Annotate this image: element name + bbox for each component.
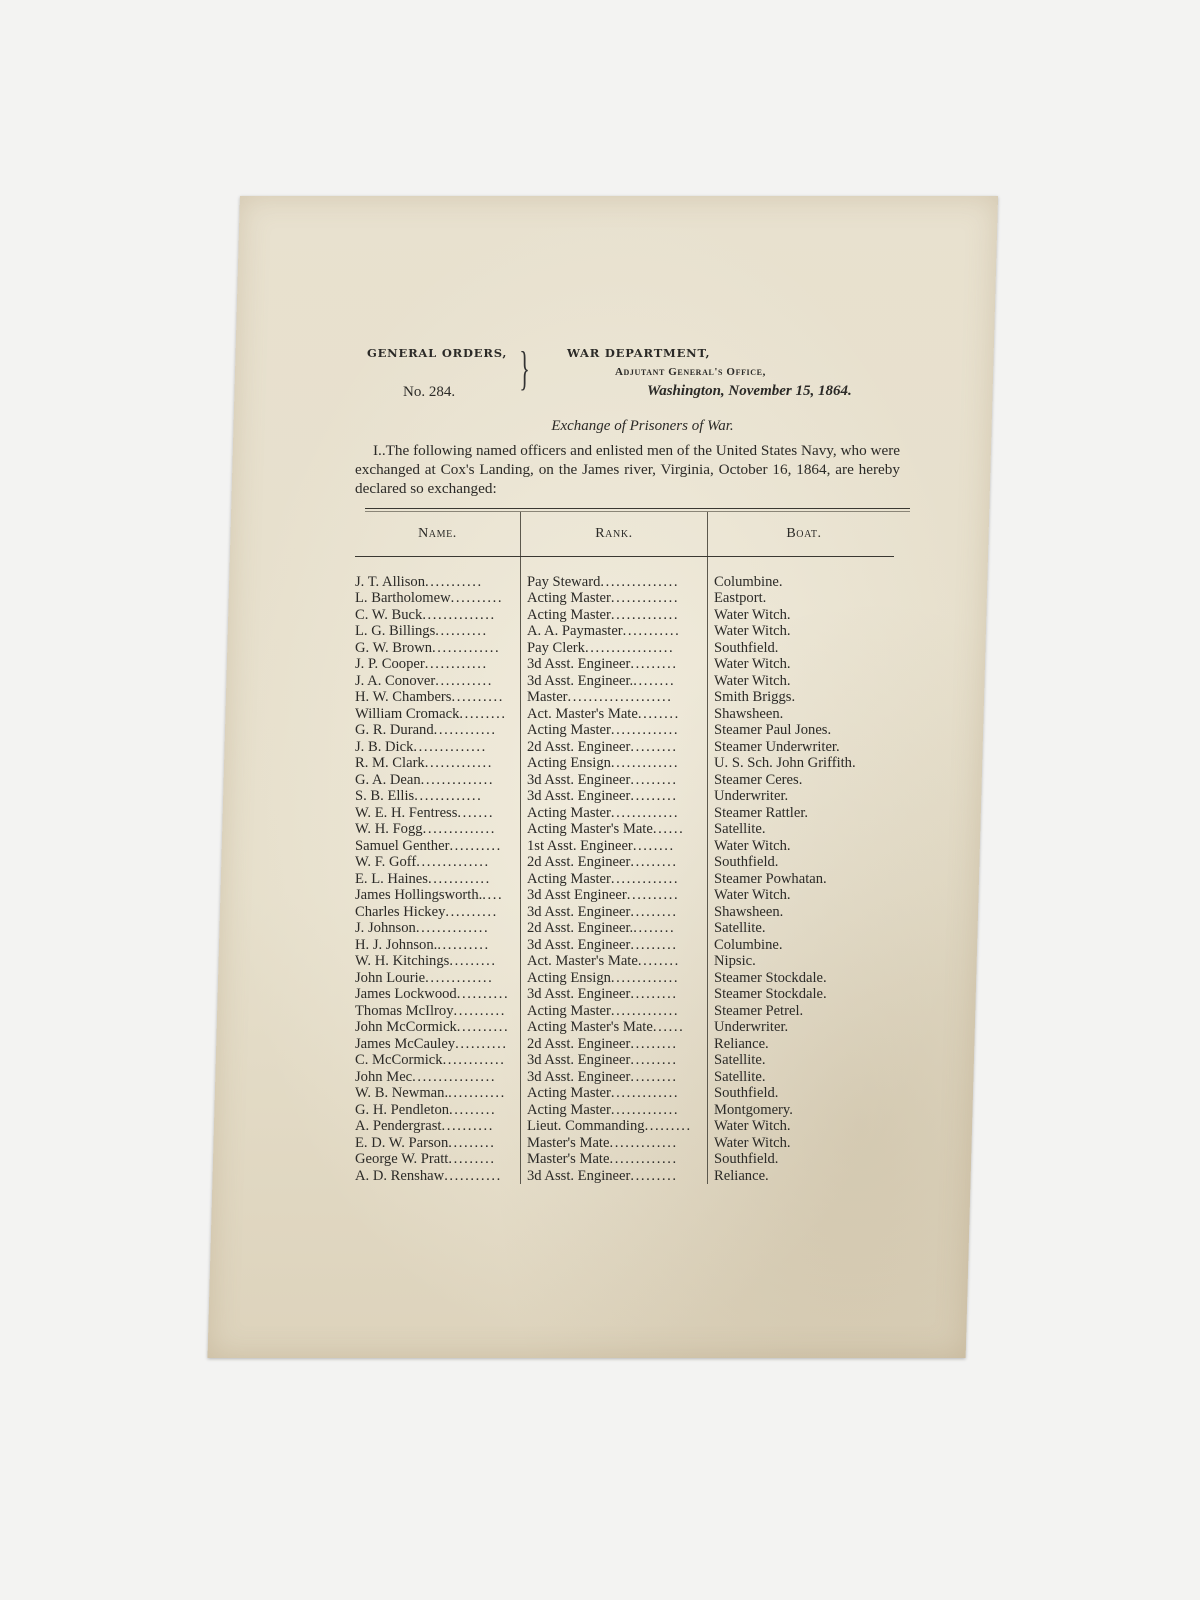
leader-dots: ......... <box>630 788 677 804</box>
rank-cell: 3d Asst Engineer <box>527 887 627 903</box>
table-row: J. B. Dick..............2d Asst. Enginee… <box>355 739 894 756</box>
table-row: Charles Hickey..........3d Asst. Enginee… <box>355 904 894 921</box>
table-row: James Hollingsworth.....3d Asst Engineer… <box>355 887 894 904</box>
table-row: E. D. W. Parson.........Master's Mate...… <box>355 1135 894 1152</box>
name-cell: J. T. Allison <box>355 574 425 590</box>
general-orders-label: GENERAL ORDERS, <box>367 346 507 360</box>
rank-cell: Acting Master <box>527 607 611 623</box>
boat-cell: Water Witch. <box>714 623 791 639</box>
boat-cell: Reliance. <box>714 1036 769 1052</box>
table-row: George W. Pratt.........Master's Mate...… <box>355 1151 894 1168</box>
leader-dots: ............. <box>611 871 679 887</box>
leader-dots: ........ <box>638 953 680 969</box>
rank-cell: Act. Master's Mate <box>527 706 638 722</box>
leader-dots: ............. <box>611 722 679 738</box>
table-row: G. A. Dean..............3d Asst. Enginee… <box>355 772 894 789</box>
boat-cell: Water Witch. <box>714 838 791 854</box>
rank-cell: 2d Asst. Engineer. <box>527 920 633 936</box>
rank-cell: Pay Clerk <box>527 640 585 656</box>
name-cell: E. L. Haines <box>355 871 428 887</box>
leader-dots: ............ <box>434 722 497 738</box>
boat-cell: Satellite. <box>714 1069 765 1085</box>
leader-dots: .......... <box>454 1003 506 1019</box>
boat-cell: Steamer Paul Jones. <box>714 722 831 738</box>
table-row: A. Pendergrast..........Lieut. Commandin… <box>355 1118 894 1135</box>
rank-cell: Acting Master <box>527 871 611 887</box>
name-cell: John Lourie <box>355 970 425 986</box>
rank-cell: Act. Master's Mate <box>527 953 638 969</box>
boat-cell: Eastport. <box>714 590 766 606</box>
leader-dots: ......... <box>630 1052 677 1068</box>
rank-cell: A. A. Paymaster <box>527 623 623 639</box>
table-row: H. W. Chambers..........Master..........… <box>355 689 894 706</box>
name-cell: George W. Pratt <box>355 1151 448 1167</box>
office-name: Adjutant General's Office, <box>615 366 766 378</box>
table-row: H. J. Johnson...........3d Asst. Enginee… <box>355 937 894 954</box>
intro-paragraph: I..The following named officers and enli… <box>355 441 900 498</box>
rank-cell: Acting Master's Mate <box>527 821 653 837</box>
rank-cell: Pay Steward <box>527 574 600 590</box>
name-cell: C. W. Buck <box>355 607 422 623</box>
boat-cell: Southfield. <box>714 1151 778 1167</box>
table-row: W. H. Kitchings.........Act. Master's Ma… <box>355 953 894 970</box>
table-row: James Lockwood..........3d Asst. Enginee… <box>355 986 894 1003</box>
table-row: W. H. Fogg..............Acting Master's … <box>355 821 894 838</box>
name-cell: E. D. W. Parson <box>355 1135 448 1151</box>
name-cell: H. W. Chambers <box>355 689 451 705</box>
boat-cell: Southfield. <box>714 854 778 870</box>
rank-cell: 2d Asst. Engineer <box>527 739 630 755</box>
name-cell: R. M. Clark <box>355 755 425 771</box>
table-row: Thomas McIlroy..........Acting Master...… <box>355 1003 894 1020</box>
boat-cell: U. S. Sch. John Griffith. <box>714 755 856 771</box>
column-header-name: Name. <box>355 512 521 557</box>
name-cell: A. D. Renshaw <box>355 1168 444 1184</box>
leader-dots: ......... <box>630 904 677 920</box>
rank-cell: Lieut. Commanding <box>527 1118 645 1134</box>
rank-cell: Acting Master <box>527 722 611 738</box>
rank-cell: 3d Asst. Engineer <box>527 772 630 788</box>
table-row: James McCauley..........2d Asst. Enginee… <box>355 1036 894 1053</box>
name-cell: J. P. Cooper <box>355 656 425 672</box>
rank-cell: 3d Asst. Engineer <box>527 788 630 804</box>
name-cell: John Mec <box>355 1069 412 1085</box>
table-row: S. B. Ellis.............3d Asst. Enginee… <box>355 788 894 805</box>
name-cell: Thomas McIlroy <box>355 1003 454 1019</box>
name-cell: Samuel Genther <box>355 838 449 854</box>
leader-dots: ............ <box>428 871 491 887</box>
rank-cell: 2d Asst. Engineer <box>527 854 630 870</box>
leader-dots: .... <box>482 887 503 903</box>
table-row: W. B. Newman............Acting Master...… <box>355 1085 894 1102</box>
boat-cell: Steamer Rattler. <box>714 805 808 821</box>
boat-cell: Nipsic. <box>714 953 756 969</box>
table-row: W. F. Goff..............2d Asst. Enginee… <box>355 854 894 871</box>
leader-dots: ............. <box>432 640 500 656</box>
name-cell: J. Johnson <box>355 920 416 936</box>
table-row: A. D. Renshaw...........3d Asst. Enginee… <box>355 1168 894 1185</box>
boat-cell: Water Witch. <box>714 1135 791 1151</box>
leader-dots: ............ <box>443 1052 506 1068</box>
table-row: John McCormick..........Acting Master's … <box>355 1019 894 1036</box>
boat-cell: Steamer Ceres. <box>714 772 802 788</box>
boat-cell: Smith Briggs. <box>714 689 795 705</box>
name-cell: W. B. Newman. <box>355 1085 448 1101</box>
leader-dots: ......... <box>630 1036 677 1052</box>
rank-cell: 3d Asst. Engineer. <box>527 673 633 689</box>
leader-dots: .......... <box>449 838 501 854</box>
boat-cell: Water Witch. <box>714 673 791 689</box>
name-cell: L. G. Billings <box>355 623 435 639</box>
leader-dots: ........ <box>633 673 675 689</box>
leader-dots: ............... <box>600 574 679 590</box>
name-cell: G. H. Pendleton <box>355 1102 449 1118</box>
leader-dots: .......... <box>441 1118 493 1134</box>
leader-dots: ............. <box>414 788 482 804</box>
boat-cell: Water Witch. <box>714 887 791 903</box>
leader-dots: ............ <box>425 656 488 672</box>
leader-dots: ......... <box>449 1102 496 1118</box>
rank-cell: 1st Asst. Engineer <box>527 838 633 854</box>
leader-dots: ......... <box>459 706 506 722</box>
boat-cell: Columbine. <box>714 574 783 590</box>
rank-cell: 3d Asst. Engineer <box>527 656 630 672</box>
leader-dots: .............. <box>423 821 496 837</box>
name-cell: James Lockwood <box>355 986 457 1002</box>
name-cell: James Hollingsworth. <box>355 887 482 903</box>
table-row: L. G. Billings..........A. A. Paymaster.… <box>355 623 894 640</box>
name-cell: W. E. H. Fentress <box>355 805 457 821</box>
leader-dots: .............. <box>413 739 486 755</box>
boat-cell: Satellite. <box>714 821 765 837</box>
name-cell: L. Bartholomew <box>355 590 451 606</box>
leader-dots: ............. <box>611 755 679 771</box>
rank-cell: Acting Master <box>527 1003 611 1019</box>
leader-dots: ................. <box>585 640 674 656</box>
leader-dots: ......... <box>645 1118 692 1134</box>
rank-cell: Master <box>527 689 568 705</box>
rank-cell: 3d Asst. Engineer <box>527 1069 630 1085</box>
leader-dots: ............. <box>611 590 679 606</box>
section-title: Exchange of Prisoners of War. <box>385 418 900 435</box>
brace-glyph: } <box>519 344 529 394</box>
boat-cell: Underwriter. <box>714 1019 788 1035</box>
table-row: C. W. Buck..............Acting Master...… <box>355 607 894 624</box>
leader-dots: .......... <box>451 590 503 606</box>
name-cell: John McCormick <box>355 1019 457 1035</box>
boat-cell: Steamer Stockdale. <box>714 970 827 986</box>
leader-dots: .............. <box>422 607 495 623</box>
name-cell: Charles Hickey <box>355 904 445 920</box>
name-cell: S. B. Ellis <box>355 788 414 804</box>
rank-cell: 3d Asst. Engineer <box>527 1052 630 1068</box>
table-row: John Lourie.............Acting Ensign...… <box>355 970 894 987</box>
boat-cell: Montgomery. <box>714 1102 793 1118</box>
rank-cell: Master's Mate <box>527 1135 609 1151</box>
leader-dots: ......... <box>630 656 677 672</box>
leader-dots: ............. <box>425 755 493 771</box>
leader-dots: ........ <box>638 706 680 722</box>
leader-dots: .......... <box>435 623 487 639</box>
table-row: R. M. Clark.............Acting Ensign...… <box>355 755 894 772</box>
leader-dots: ....... <box>457 805 494 821</box>
rank-cell: Acting Master's Mate <box>527 1019 653 1035</box>
leader-dots: ......... <box>448 1151 495 1167</box>
table-row: J. A. Conover...........3d Asst. Enginee… <box>355 673 894 690</box>
leader-dots: .............. <box>416 854 489 870</box>
leader-dots: .......... <box>627 887 679 903</box>
rank-cell: Acting Master <box>527 1085 611 1101</box>
name-cell: J. B. Dick <box>355 739 413 755</box>
leader-dots: .......... <box>455 1036 507 1052</box>
table-body: J. T. Allison...........Pay Steward.....… <box>355 557 894 1185</box>
leader-dots: ......... <box>630 1168 677 1184</box>
leader-dots: .......... <box>457 1019 509 1035</box>
rank-cell: Master's Mate <box>527 1151 609 1167</box>
leader-dots: ......... <box>630 937 677 953</box>
column-header-boat: Boat. <box>708 512 895 557</box>
leader-dots: ......... <box>449 953 496 969</box>
table-header-row: Name. Rank. Boat. <box>355 512 894 557</box>
table-row: G. W. Brown.............Pay Clerk.......… <box>355 640 894 657</box>
column-header-rank: Rank. <box>521 512 708 557</box>
rank-cell: Acting Master <box>527 590 611 606</box>
leader-dots: ........... <box>448 1085 506 1101</box>
table-row: J. P. Cooper............3d Asst. Enginee… <box>355 656 894 673</box>
leader-dots: ............. <box>611 607 679 623</box>
leader-dots: .......... <box>437 937 489 953</box>
boat-cell: Satellite. <box>714 1052 765 1068</box>
boat-cell: Columbine. <box>714 937 783 953</box>
leader-dots: ........... <box>425 574 483 590</box>
rank-cell: Acting Ensign <box>527 755 611 771</box>
leader-dots: ............. <box>425 970 493 986</box>
table-row: W. E. H. Fentress.......Acting Master...… <box>355 805 894 822</box>
name-cell: G. R. Durand <box>355 722 434 738</box>
leader-dots: ........ <box>633 838 675 854</box>
table-row: G. R. Durand............Acting Master...… <box>355 722 894 739</box>
leader-dots: ........ <box>633 920 675 936</box>
leader-dots: ............. <box>611 1003 679 1019</box>
leader-dots: ...... <box>653 821 685 837</box>
name-cell: G. A. Dean <box>355 772 421 788</box>
boat-cell: Underwriter. <box>714 788 788 804</box>
table-row: G. H. Pendleton.........Acting Master...… <box>355 1102 894 1119</box>
leader-dots: ......... <box>630 986 677 1002</box>
table-row: Samuel Genther..........1st Asst. Engine… <box>355 838 894 855</box>
leader-dots: ........... <box>623 623 681 639</box>
leader-dots: .............. <box>416 920 489 936</box>
leader-dots: ......... <box>630 772 677 788</box>
leader-dots: ...... <box>653 1019 685 1035</box>
name-cell: W. H. Fogg <box>355 821 423 837</box>
name-cell: G. W. Brown <box>355 640 432 656</box>
leader-dots: ............. <box>609 1135 677 1151</box>
boat-cell: Shawsheen. <box>714 904 783 920</box>
name-cell: C. McCormick <box>355 1052 443 1068</box>
table-row: J. T. Allison...........Pay Steward.....… <box>355 574 894 591</box>
leader-dots: ............. <box>609 1151 677 1167</box>
prisoner-exchange-table: Name. Rank. Boat. J. T. Allison.........… <box>355 512 894 1184</box>
leader-dots: ........... <box>435 673 493 689</box>
leader-dots: .......... <box>451 689 503 705</box>
table-row: J. Johnson..............2d Asst. Enginee… <box>355 920 894 937</box>
leader-dots: ............. <box>611 805 679 821</box>
rank-cell: 3d Asst. Engineer <box>527 904 630 920</box>
rank-cell: 3d Asst. Engineer <box>527 1168 630 1184</box>
leader-dots: ................ <box>412 1069 496 1085</box>
boat-cell: Steamer Powhatan. <box>714 871 827 887</box>
name-cell: W. F. Goff <box>355 854 416 870</box>
leader-dots: ............. <box>611 1085 679 1101</box>
leader-dots: .......... <box>445 904 497 920</box>
name-cell: H. J. Johnson. <box>355 937 437 953</box>
table-row: E. L. Haines............Acting Master...… <box>355 871 894 888</box>
boat-cell: Reliance. <box>714 1168 769 1184</box>
boat-cell: Steamer Underwriter. <box>714 739 840 755</box>
boat-cell: Steamer Petrel. <box>714 1003 803 1019</box>
general-orders-document: GENERAL ORDERS, No. 284. } WAR DEPARTMEN… <box>355 340 900 1184</box>
leader-dots: ......... <box>630 739 677 755</box>
rank-cell: Acting Master <box>527 805 611 821</box>
leader-dots: .................... <box>568 689 673 705</box>
table-row: C. McCormick............3d Asst. Enginee… <box>355 1052 894 1069</box>
boat-cell: Shawsheen. <box>714 706 783 722</box>
boat-cell: Southfield. <box>714 1085 778 1101</box>
leader-dots: ............. <box>611 970 679 986</box>
order-number: No. 284. <box>403 384 455 401</box>
rank-cell: 3d Asst. Engineer <box>527 937 630 953</box>
department-name: WAR DEPARTMENT, <box>567 346 710 360</box>
table-row: John Mec................3d Asst. Enginee… <box>355 1069 894 1086</box>
place-and-date: Washington, November 15, 1864. <box>647 383 852 400</box>
leader-dots: .......... <box>457 986 509 1002</box>
boat-cell: Water Witch. <box>714 1118 791 1134</box>
document-header: GENERAL ORDERS, No. 284. } WAR DEPARTMEN… <box>355 340 900 410</box>
table-row: William Cromack.........Act. Master's Ma… <box>355 706 894 723</box>
name-cell: W. H. Kitchings <box>355 953 449 969</box>
name-cell: J. A. Conover <box>355 673 435 689</box>
boat-cell: Satellite. <box>714 920 765 936</box>
name-cell: James McCauley <box>355 1036 455 1052</box>
leader-dots: ......... <box>448 1135 495 1151</box>
name-cell: William Cromack <box>355 706 459 722</box>
boat-cell: Steamer Stockdale. <box>714 986 827 1002</box>
leader-dots: ......... <box>630 1069 677 1085</box>
name-cell: A. Pendergrast <box>355 1118 441 1134</box>
table-row: L. Bartholomew..........Acting Master...… <box>355 590 894 607</box>
leader-dots: .............. <box>421 772 494 788</box>
leader-dots: ........... <box>444 1168 502 1184</box>
rank-cell: 2d Asst. Engineer <box>527 1036 630 1052</box>
rank-cell: Acting Master <box>527 1102 611 1118</box>
boat-cell: Southfield. <box>714 640 778 656</box>
rank-cell: 3d Asst. Engineer <box>527 986 630 1002</box>
boat-cell: Water Witch. <box>714 607 791 623</box>
boat-cell: Water Witch. <box>714 656 791 672</box>
leader-dots: ............. <box>611 1102 679 1118</box>
leader-dots: ......... <box>630 854 677 870</box>
rank-cell: Acting Ensign <box>527 970 611 986</box>
